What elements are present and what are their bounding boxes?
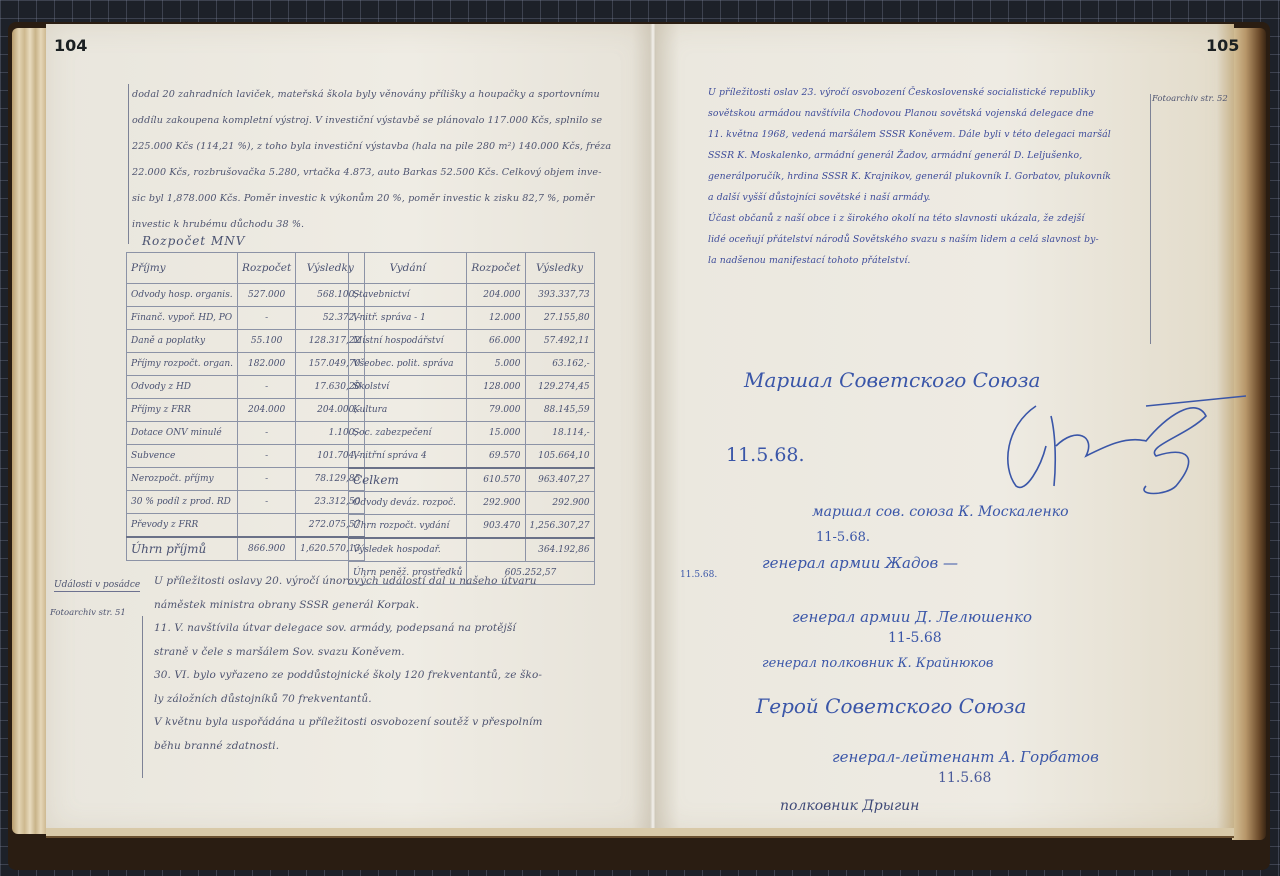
text-line: U příležitosti oslav 23. výročí osvoboze…: [708, 82, 1111, 103]
text-line: Účast občanů z naší obce i z širokého ok…: [708, 208, 1111, 229]
cell: Finanč. vypoř. HD, PO: [127, 307, 238, 330]
page-number-left: 104: [54, 36, 87, 55]
events-paragraph: U příležitosti oslavy 20. výročí únorový…: [154, 570, 543, 758]
cell: Výsledek hospodař.: [349, 538, 467, 562]
cell: 204.000: [467, 284, 525, 307]
cell: 79.000: [467, 399, 525, 422]
cell: 18.114,-: [525, 422, 594, 445]
expense-table: Vydání Rozpočet Výsledky Stavebnictví204…: [348, 252, 595, 585]
cell: 527.000: [238, 284, 296, 307]
budget-title: Rozpočet MNV: [142, 234, 245, 248]
cell: 204.000: [238, 399, 296, 422]
text-line: a další vyšší důstojníci sovětské i naší…: [708, 187, 1111, 208]
margin-rule: [1150, 94, 1151, 344]
cell: [238, 514, 296, 538]
table-row: Subvence-101.704,-: [127, 445, 365, 468]
section-label: Události v posádce: [54, 580, 140, 592]
cell: Nerozpočt. příjmy: [127, 468, 238, 491]
table-row: Příjmy rozpočt. organ.182.000157.049,70: [127, 353, 365, 376]
text-line: ly záložních důstojníků 70 frekventantů.: [154, 688, 543, 712]
cell: 963.407,27: [525, 468, 594, 492]
gorbatov-line: генерал-лейтенант А. Горбатов: [832, 748, 1099, 766]
cell: Převody z FRR: [127, 514, 238, 538]
cell: 1,256.307,27: [525, 515, 594, 539]
table-row: 30 % podíl z prod. RD-23.312,50: [127, 491, 365, 514]
cell: -: [238, 468, 296, 491]
cell: Příjmy rozpočt. organ.: [127, 353, 238, 376]
cell: -: [238, 422, 296, 445]
krainyukov-line: генерал полковник К. Крайнюков: [762, 656, 993, 671]
table-header: Vydání Rozpočet Výsledky: [349, 253, 595, 284]
text-line: 225.000 Kčs (114,21 %), z toho byla inve…: [132, 134, 611, 160]
intro-paragraph: dodal 20 zahradních laviček, mateřská šk…: [132, 82, 611, 238]
table-total-row: Úhrn příjmů866.9001,620.570,13: [127, 537, 365, 561]
cell: 27.155,80: [525, 307, 594, 330]
cell: Příjmy z FRR: [127, 399, 238, 422]
cell: 69.570: [467, 445, 525, 469]
table-subtotal-row: Celkem610.570963.407,27: [349, 468, 595, 492]
photo-archive-ref: Fotoarchiv str. 51: [50, 608, 126, 618]
table-row: Všeobec. polit. správa5.00063.162,-: [349, 353, 595, 376]
text-line: běhu branné zdatnosti.: [154, 735, 543, 759]
table-row: Odvody hosp. organis.527.000568.100,-: [127, 284, 365, 307]
cell: Úhrn příjmů: [127, 537, 238, 561]
lelyushenko-line: генерал армии Д. Лелюшенко: [792, 608, 1032, 626]
cell: 610.570: [467, 468, 525, 492]
table-row: Vnitř. správa - 112.00027.155,80: [349, 307, 595, 330]
text-line: V květnu byla uspořádána u příležitosti …: [154, 711, 543, 735]
konev-signature-icon: [996, 386, 1246, 496]
table-row: Dotace ONV minulé-1.100,-: [127, 422, 365, 445]
cell: 15.000: [467, 422, 525, 445]
cell: Kultura: [349, 399, 467, 422]
date-1: 11.5.68.: [726, 444, 805, 466]
text-line: sovětskou armádou navštívila Chodovou Pl…: [708, 103, 1111, 124]
page-stack-left: [12, 28, 48, 834]
cell: Vnitřní správa 4: [349, 445, 467, 469]
left-page: 104 dodal 20 zahradních laviček, mateřsk…: [46, 24, 650, 832]
delegation-paragraph: U příležitosti oslav 23. výročí osvoboze…: [708, 82, 1111, 271]
cell: 105.664,10: [525, 445, 594, 469]
cell: 55.100: [238, 330, 296, 353]
cell: 66.000: [467, 330, 525, 353]
table-row: Daně a poplatky55.100128.317,22: [127, 330, 365, 353]
table-row: Odvody deváz. rozpoč.292.900292.900: [349, 492, 595, 515]
table-row: Školství128.000129.274,45: [349, 376, 595, 399]
text-line: straně v čele s maršálem Sov. svazu Koně…: [154, 641, 543, 665]
text-line: U příležitosti oslavy 20. výročí únorový…: [154, 570, 543, 594]
header-cell: Rozpočet: [238, 253, 296, 284]
cell: 364.192,86: [525, 538, 594, 562]
hero-line: Герой Советского Союза: [756, 694, 1026, 718]
cell: Stavebnictví: [349, 284, 467, 307]
cell: Celkem: [349, 468, 467, 492]
text-line: 22.000 Kčs, rozbrušovačka 5.280, vrtačka…: [132, 160, 611, 186]
table-row: Místní hospodářství66.00057.492,11: [349, 330, 595, 353]
table-row: Soc. zabezpečení15.00018.114,-: [349, 422, 595, 445]
header-cell: Příjmy: [127, 253, 238, 284]
cell: 292.900: [467, 492, 525, 515]
cell: 393.337,73: [525, 284, 594, 307]
cell: 128.000: [467, 376, 525, 399]
text-line: generálporučík, hrdina SSSR K. Krajnikov…: [708, 166, 1111, 187]
zhadov-line: генерал армии Жадов —: [762, 554, 958, 572]
cell: Všeobec. polit. správa: [349, 353, 467, 376]
text-line: 11. května 1968, vedená maršálem SSSR Ko…: [708, 124, 1111, 145]
text-line: oddílu zakoupena kompletní výstroj. V in…: [132, 108, 611, 134]
moskalenko-line: маршал сов. союза К. Москаленко: [812, 504, 1069, 520]
text-line: lidé oceňují přátelství národů Sovětskéh…: [708, 229, 1111, 250]
table-row: Úhrn rozpočt. vydání903.4701,256.307,27: [349, 515, 595, 539]
text-line: 30. VI. bylo vyřazeno ze poddůstojnické …: [154, 664, 543, 688]
text-line: SSSR K. Moskalenko, armádní generál Žado…: [708, 145, 1111, 166]
header-cell: Výsledky: [525, 253, 594, 284]
text-line: 11. V. navštívila útvar delegace sov. ar…: [154, 617, 543, 641]
table-header: Příjmy Rozpočet Výsledky: [127, 253, 365, 284]
table-row: Odvody z HD-17.630,20: [127, 376, 365, 399]
date-4: 11.5.68: [938, 770, 991, 786]
cell: 182.000: [238, 353, 296, 376]
table-row: Převody z FRR272.075,57: [127, 514, 365, 538]
date-3: 11-5.68: [888, 630, 942, 646]
cell: 129.274,45: [525, 376, 594, 399]
cell: -: [238, 307, 296, 330]
margin-date: 11.5.68.: [680, 570, 717, 580]
margin-rule: [142, 616, 143, 778]
cell: 88.145,59: [525, 399, 594, 422]
cell: 866.900: [238, 537, 296, 561]
cell: -: [238, 376, 296, 399]
cell: 292.900: [525, 492, 594, 515]
table-row: Nerozpočt. příjmy-78.129,85: [127, 468, 365, 491]
page-number-right: 105: [1206, 36, 1239, 55]
text-line: dodal 20 zahradních laviček, mateřská šk…: [132, 82, 611, 108]
cell: Daně a poplatky: [127, 330, 238, 353]
cell: Subvence: [127, 445, 238, 468]
cell: Dotace ONV minulé: [127, 422, 238, 445]
table-row: Kultura79.00088.145,59: [349, 399, 595, 422]
header-cell: Vydání: [349, 253, 467, 284]
text-line: náměstek ministra obrany SSSR generál Ko…: [154, 594, 543, 618]
table-row: Příjmy z FRR204.000204.000,-: [127, 399, 365, 422]
cell: Odvody deváz. rozpoč.: [349, 492, 467, 515]
cell: Místní hospodářství: [349, 330, 467, 353]
cell: Odvody hosp. organis.: [127, 284, 238, 307]
table-row: Vnitřní správa 469.570105.664,10: [349, 445, 595, 469]
table-row: Finanč. vypoř. HD, PO-52.372,-: [127, 307, 365, 330]
header-cell: Rozpočet: [467, 253, 525, 284]
cell: 903.470: [467, 515, 525, 539]
table-row: Stavebnictví204.000393.337,73: [349, 284, 595, 307]
cell: 57.492,11: [525, 330, 594, 353]
cell: -: [238, 445, 296, 468]
cell: 63.162,-: [525, 353, 594, 376]
cell: -: [238, 491, 296, 514]
colonel-line: полковник Дрыгин: [780, 798, 919, 814]
cell: Úhrn rozpočt. vydání: [349, 515, 467, 539]
right-page: 105 Fotoarchiv str. 52 U příležitosti os…: [656, 24, 1234, 832]
page-bottom-edge: [46, 828, 1234, 838]
margin-rule: [128, 84, 129, 244]
text-line: la nadšenou manifestací tohoto přátelstv…: [708, 250, 1111, 271]
date-2: 11-5.68.: [816, 530, 870, 545]
income-table: Příjmy Rozpočet Výsledky Odvody hosp. or…: [126, 252, 365, 561]
cell: 5.000: [467, 353, 525, 376]
cell: Vnitř. správa - 1: [349, 307, 467, 330]
text-line: sic byl 1,878.000 Kčs. Poměr investic k …: [132, 186, 611, 212]
cell: Školství: [349, 376, 467, 399]
photo-archive-ref: Fotoarchiv str. 52: [1152, 94, 1228, 104]
cell: Soc. zabezpečení: [349, 422, 467, 445]
cell: [467, 538, 525, 562]
cell: 12.000: [467, 307, 525, 330]
cell: 30 % podíl z prod. RD: [127, 491, 238, 514]
cell: Odvody z HD: [127, 376, 238, 399]
table-row: Výsledek hospodař.364.192,86: [349, 538, 595, 562]
